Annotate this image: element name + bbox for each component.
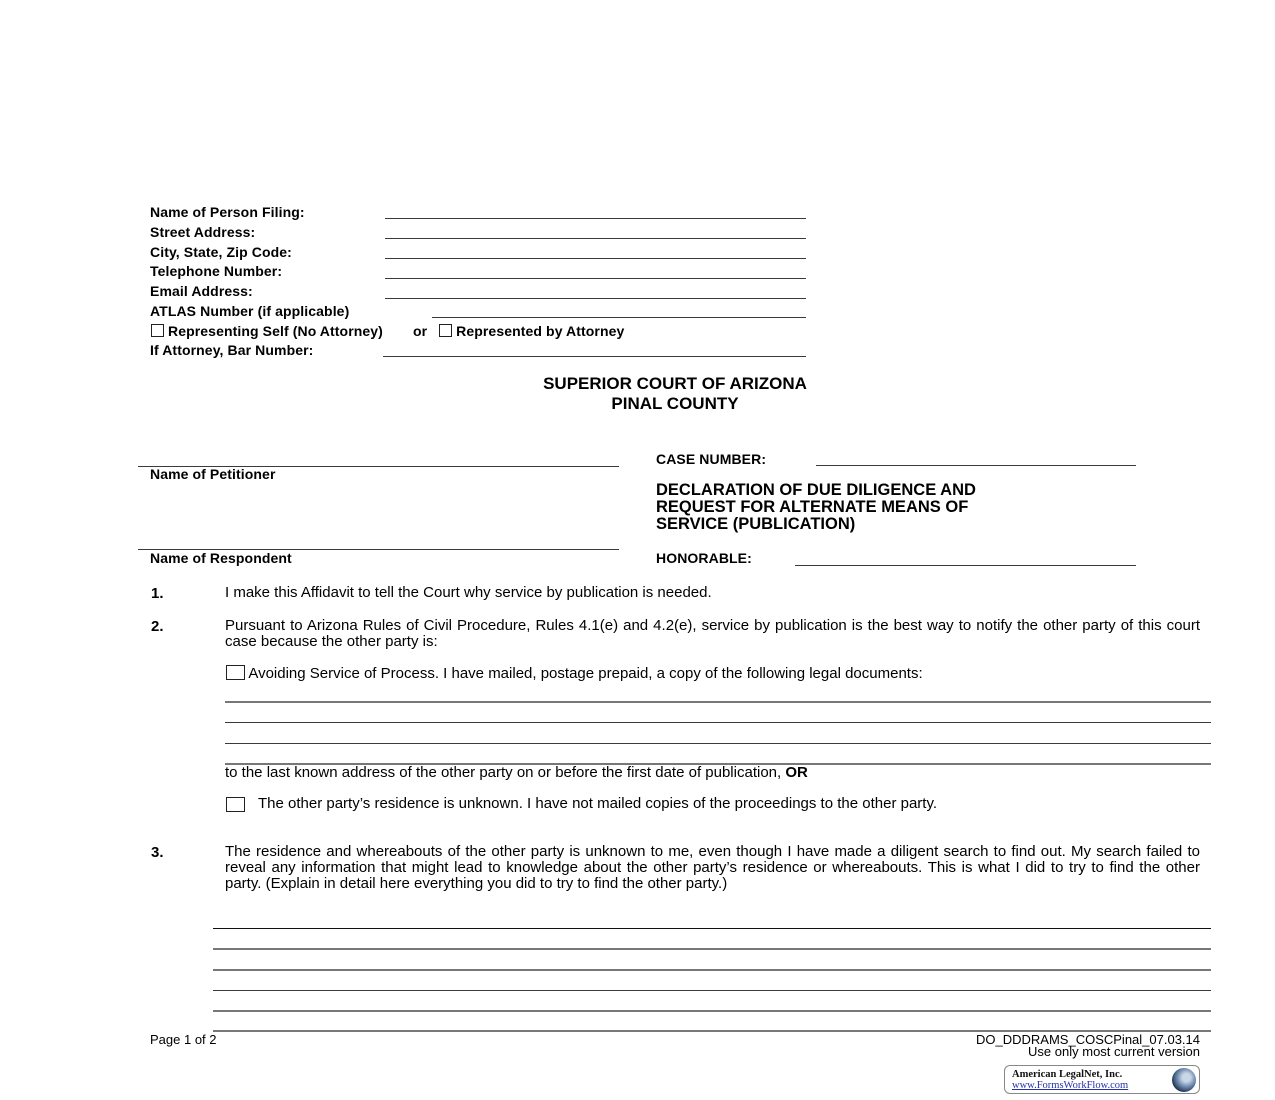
- explanation-line-4[interactable]: [213, 990, 1211, 991]
- representing-self-checkbox[interactable]: [151, 324, 164, 337]
- or-connector: OR: [785, 764, 808, 781]
- court-name: SUPERIOR COURT OF ARIZONA: [0, 374, 1275, 394]
- residence-unknown-label: The other party’s residence is unknown. …: [258, 796, 1200, 812]
- name-of-person-filing-field[interactable]: [385, 218, 806, 219]
- documents-line-2[interactable]: [225, 722, 1211, 723]
- mailing-statement: to the last known address of the other p…: [225, 765, 1205, 781]
- honorable-label: HONORABLE:: [656, 550, 752, 566]
- logo-url-link[interactable]: www.FormsWorkFlow.com: [1012, 1080, 1128, 1091]
- court-county: PINAL COUNTY: [0, 394, 1275, 414]
- globe-icon: [1172, 1068, 1196, 1092]
- bar-number-label: If Attorney, Bar Number:: [150, 342, 313, 358]
- represented-attorney-checkbox[interactable]: [439, 324, 452, 337]
- item-2-number: 2.: [151, 618, 164, 635]
- bar-number-field[interactable]: [383, 356, 806, 357]
- petitioner-label: Name of Petitioner: [150, 466, 276, 482]
- city-state-zip-field[interactable]: [385, 258, 806, 259]
- explanation-line-1[interactable]: [213, 928, 1211, 929]
- documents-line-3[interactable]: [225, 743, 1211, 744]
- explanation-line-3[interactable]: [213, 969, 1211, 971]
- street-address-field[interactable]: [385, 238, 806, 239]
- item-3-number: 3.: [151, 844, 164, 861]
- residence-unknown-checkbox[interactable]: [226, 797, 245, 812]
- document-title: DECLARATION OF DUE DILIGENCE AND REQUEST…: [656, 482, 976, 533]
- logo-company: American LegalNet, Inc.: [1012, 1069, 1122, 1080]
- explanation-line-5[interactable]: [213, 1010, 1211, 1012]
- email-address-label: Email Address:: [150, 283, 253, 299]
- representation-row: Representing Self (No Attorney) or Repre…: [151, 323, 624, 339]
- item-3-text: The residence and whereabouts of the oth…: [225, 844, 1200, 892]
- atlas-number-label: ATLAS Number (if applicable): [150, 303, 349, 319]
- item-1-text: I make this Affidavit to tell the Court …: [225, 585, 1200, 601]
- atlas-number-field[interactable]: [432, 317, 806, 318]
- mailing-statement-text: to the last known address of the other p…: [225, 764, 781, 781]
- avoiding-service-checkbox[interactable]: [226, 665, 245, 680]
- street-address-label: Street Address:: [150, 224, 255, 240]
- case-number-label: CASE NUMBER:: [656, 451, 766, 467]
- honorable-field[interactable]: [795, 565, 1136, 566]
- document-title-line-3: SERVICE (PUBLICATION): [656, 516, 976, 533]
- page-number: Page 1 of 2: [150, 1032, 217, 1047]
- item-1-number: 1.: [151, 585, 164, 602]
- telephone-number-label: Telephone Number:: [150, 263, 282, 279]
- american-legalnet-logo[interactable]: American LegalNet, Inc. www.FormsWorkFlo…: [1004, 1065, 1200, 1094]
- name-of-person-filing-label: Name of Person Filing:: [150, 204, 305, 220]
- case-number-field[interactable]: [816, 465, 1136, 466]
- email-address-field[interactable]: [385, 298, 806, 299]
- residence-unknown-checkbox-wrap: [226, 797, 245, 816]
- option-avoiding-service: Avoiding Service of Process. I have mail…: [226, 665, 1206, 682]
- version-note: Use only most current version: [1028, 1044, 1200, 1059]
- document-title-line-1: DECLARATION OF DUE DILIGENCE AND: [656, 482, 976, 499]
- documents-line-1[interactable]: [225, 701, 1211, 703]
- document-title-line-2: REQUEST FOR ALTERNATE MEANS OF: [656, 499, 976, 516]
- or-label: or: [413, 323, 427, 339]
- city-state-zip-label: City, State, Zip Code:: [150, 244, 292, 260]
- item-2-text: Pursuant to Arizona Rules of Civil Proce…: [225, 618, 1200, 650]
- explanation-line-2[interactable]: [213, 948, 1211, 950]
- avoiding-service-label: Avoiding Service of Process. I have mail…: [248, 665, 922, 682]
- respondent-label: Name of Respondent: [150, 550, 292, 566]
- represented-attorney-label: Represented by Attorney: [456, 323, 624, 339]
- representing-self-label: Representing Self (No Attorney): [168, 323, 383, 339]
- telephone-number-field[interactable]: [385, 278, 806, 279]
